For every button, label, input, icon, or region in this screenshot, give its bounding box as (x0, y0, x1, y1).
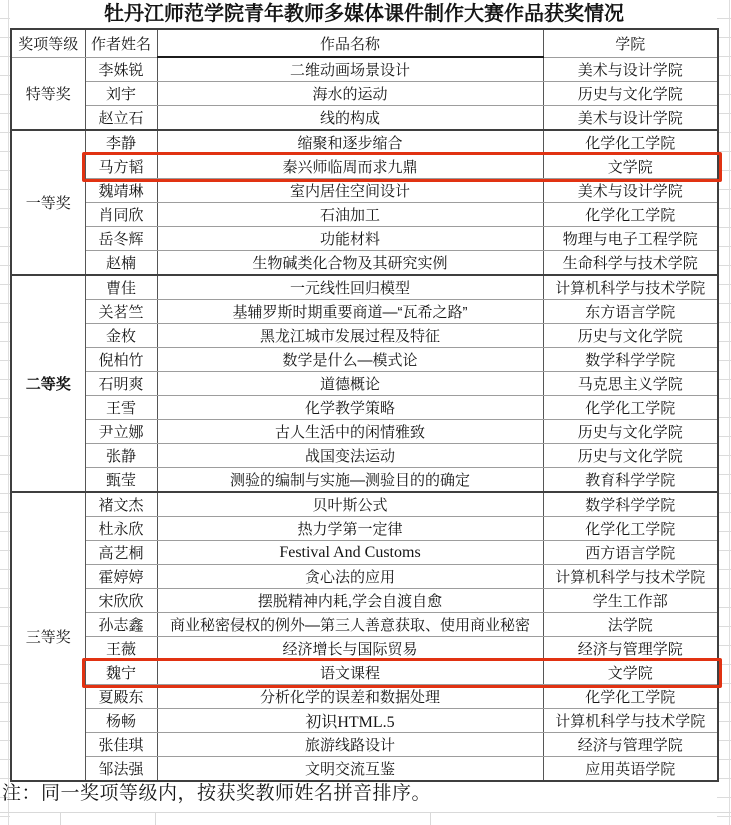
college-cell: 化学化工学院 (543, 517, 718, 541)
awards-table-body: 特等奖李姝锐二维动画场景设计美术与设计学院刘宇海水的运动历史与文化学院赵立石线的… (11, 57, 718, 781)
college-cell: 美术与设计学院 (543, 179, 718, 203)
work-cell: 石油加工 (157, 203, 543, 227)
column-header-award-level: 奖项等级 (11, 29, 85, 57)
column-header-work: 作品名称 (157, 29, 543, 57)
table-row: 一等奖李静缩聚和逐步缩合化学化工学院 (11, 130, 718, 155)
author-cell: 岳冬辉 (85, 227, 157, 251)
college-cell: 物理与电子工程学院 (543, 227, 718, 251)
college-cell: 生命科学与技术学院 (543, 251, 718, 276)
work-cell: 化学教学策略 (157, 396, 543, 420)
college-cell: 历史与文化学院 (543, 444, 718, 468)
work-cell: 古人生活中的闲情雅致 (157, 420, 543, 444)
college-cell: 计算机科学与技术学院 (543, 275, 718, 300)
college-cell: 应用英语学院 (543, 757, 718, 782)
college-cell: 教育科学学院 (543, 468, 718, 493)
college-cell: 美术与设计学院 (543, 106, 718, 131)
table-row: 石明爽道德概论马克思主义学院 (11, 372, 718, 396)
work-cell: 分析化学的误差和数据处理 (157, 685, 543, 709)
sheet-gridline-stub (60, 812, 61, 825)
author-cell: 石明爽 (85, 372, 157, 396)
college-cell: 历史与文化学院 (543, 420, 718, 444)
work-cell: 文明交流互鉴 (157, 757, 543, 782)
college-cell: 经济与管理学院 (543, 733, 718, 757)
work-cell: 功能材料 (157, 227, 543, 251)
author-cell: 魏靖琳 (85, 179, 157, 203)
work-cell: 一元线性回归模型 (157, 275, 543, 300)
table-row: 肖同欣石油加工化学化工学院 (11, 203, 718, 227)
table-row: 二等奖曹佳一元线性回归模型计算机科学与技术学院 (11, 275, 718, 300)
author-cell: 肖同欣 (85, 203, 157, 227)
author-cell: 孙志鑫 (85, 613, 157, 637)
table-row: 高艺桐Festival And Customs西方语言学院 (11, 541, 718, 565)
author-cell: 高艺桐 (85, 541, 157, 565)
work-cell: 室内居住空间设计 (157, 179, 543, 203)
table-row: 王雪化学教学策略化学化工学院 (11, 396, 718, 420)
author-cell: 张静 (85, 444, 157, 468)
work-cell: 摆脱精神内耗,学会自渡自愈 (157, 589, 543, 613)
work-cell: 生物碱类化合物及其研究实例 (157, 251, 543, 276)
college-cell: 历史与文化学院 (543, 82, 718, 106)
work-cell: 数学是什么—模式论 (157, 348, 543, 372)
author-cell: 倪柏竹 (85, 348, 157, 372)
college-cell: 西方语言学院 (543, 541, 718, 565)
author-cell: 王雪 (85, 396, 157, 420)
work-cell: 旅游线路设计 (157, 733, 543, 757)
table-row: 邹法强文明交流互鉴应用英语学院 (11, 757, 718, 782)
work-cell: 战国变法运动 (157, 444, 543, 468)
table-row: 赵立石线的构成美术与设计学院 (11, 106, 718, 131)
table-row: 孙志鑫商业秘密侵权的例外—第三人善意获取、使用商业秘密法学院 (11, 613, 718, 637)
table-row: 关茗竺基辅罗斯时期重要商道—“瓦希之路”东方语言学院 (11, 300, 718, 324)
table-row: 杜永欣热力学第一定律化学化工学院 (11, 517, 718, 541)
author-cell: 马方韬 (85, 155, 157, 179)
work-cell: 秦兴师临周而求九鼎 (157, 155, 543, 179)
table-row: 金枚黑龙江城市发展过程及特征历史与文化学院 (11, 324, 718, 348)
author-cell: 李姝锐 (85, 57, 157, 82)
work-cell: 经济增长与国际贸易 (157, 637, 543, 661)
sheet-gridline-vertical-right (729, 0, 730, 825)
work-cell: 语文课程 (157, 661, 543, 685)
college-cell: 美术与设计学院 (543, 57, 718, 82)
work-cell: 线的构成 (157, 106, 543, 131)
college-cell: 计算机科学与技术学院 (543, 565, 718, 589)
table-row: 魏宁语文课程文学院 (11, 661, 718, 685)
college-cell: 化学化工学院 (543, 685, 718, 709)
table-row: 张静战国变法运动历史与文化学院 (11, 444, 718, 468)
table-row: 倪柏竹数学是什么—模式论数学科学学院 (11, 348, 718, 372)
awards-table: 奖项等级 作者姓名 作品名称 学院 特等奖李姝锐二维动画场景设计美术与设计学院刘… (10, 28, 719, 782)
college-cell: 计算机科学与技术学院 (543, 709, 718, 733)
college-cell: 文学院 (543, 661, 718, 685)
work-cell: 热力学第一定律 (157, 517, 543, 541)
author-cell: 霍婷婷 (85, 565, 157, 589)
author-cell: 金枚 (85, 324, 157, 348)
work-cell: 基辅罗斯时期重要商道—“瓦希之路” (157, 300, 543, 324)
sheet-gridline-stub (430, 812, 431, 825)
page-title: 牡丹江师范学院青年教师多媒体课件制作大赛作品获奖情况 (10, 1, 718, 28)
table-row: 夏殿东分析化学的误差和数据处理化学化工学院 (11, 685, 718, 709)
work-cell: 道德概论 (157, 372, 543, 396)
college-cell: 历史与文化学院 (543, 324, 718, 348)
award-level-cell: 一等奖 (11, 130, 85, 275)
award-level-cell: 二等奖 (11, 275, 85, 492)
college-cell: 马克思主义学院 (543, 372, 718, 396)
author-cell: 夏殿东 (85, 685, 157, 709)
author-cell: 杜永欣 (85, 517, 157, 541)
work-cell: 贝叶斯公式 (157, 492, 543, 517)
author-cell: 尹立娜 (85, 420, 157, 444)
column-header-college: 学院 (543, 29, 718, 57)
work-cell: 初识HTML.5 (157, 709, 543, 733)
college-cell: 化学化工学院 (543, 130, 718, 155)
awards-table-grid: 奖项等级 作者姓名 作品名称 学院 特等奖李姝锐二维动画场景设计美术与设计学院刘… (10, 28, 719, 782)
spreadsheet-page: { "title": "牡丹江师范学院青年教师多媒体课件制作大赛作品获奖情况",… (0, 0, 731, 825)
college-cell: 学生工作部 (543, 589, 718, 613)
header-row: 奖项等级 作者姓名 作品名称 学院 (11, 29, 718, 57)
college-cell: 经济与管理学院 (543, 637, 718, 661)
author-cell: 宋欣欣 (85, 589, 157, 613)
author-cell: 赵立石 (85, 106, 157, 131)
college-cell: 化学化工学院 (543, 396, 718, 420)
work-cell: Festival And Customs (157, 541, 543, 565)
college-cell: 数学科学学院 (543, 492, 718, 517)
table-row: 三等奖褚文杰贝叶斯公式数学科学学院 (11, 492, 718, 517)
award-level-cell: 三等奖 (11, 492, 85, 781)
sheet-gridline-stub (155, 812, 156, 825)
author-cell: 魏宁 (85, 661, 157, 685)
table-row: 特等奖李姝锐二维动画场景设计美术与设计学院 (11, 57, 718, 82)
college-cell: 化学化工学院 (543, 203, 718, 227)
table-row: 魏靖琳室内居住空间设计美术与设计学院 (11, 179, 718, 203)
author-cell: 褚文杰 (85, 492, 157, 517)
table-row: 霍婷婷贪心法的应用计算机科学与技术学院 (11, 565, 718, 589)
author-cell: 张佳琪 (85, 733, 157, 757)
work-cell: 缩聚和逐步缩合 (157, 130, 543, 155)
table-row: 岳冬辉功能材料物理与电子工程学院 (11, 227, 718, 251)
author-cell: 曹佳 (85, 275, 157, 300)
table-row: 张佳琪旅游线路设计经济与管理学院 (11, 733, 718, 757)
work-cell: 二维动画场景设计 (157, 57, 543, 82)
work-cell: 海水的运动 (157, 82, 543, 106)
author-cell: 邹法强 (85, 757, 157, 782)
work-cell: 黑龙江城市发展过程及特征 (157, 324, 543, 348)
sheet-gridline-bottom (0, 812, 731, 813)
college-cell: 文学院 (543, 155, 718, 179)
table-row: 尹立娜古人生活中的闲情雅致历史与文化学院 (11, 420, 718, 444)
college-cell: 法学院 (543, 613, 718, 637)
table-row: 赵楠生物碱类化合物及其研究实例生命科学与技术学院 (11, 251, 718, 276)
college-cell: 数学科学学院 (543, 348, 718, 372)
college-cell: 东方语言学院 (543, 300, 718, 324)
table-row: 刘宇海水的运动历史与文化学院 (11, 82, 718, 106)
table-row: 宋欣欣摆脱精神内耗,学会自渡自愈学生工作部 (11, 589, 718, 613)
work-cell: 贪心法的应用 (157, 565, 543, 589)
award-level-cell: 特等奖 (11, 57, 85, 130)
author-cell: 关茗竺 (85, 300, 157, 324)
work-cell: 测验的编制与实施—测验目的的确定 (157, 468, 543, 493)
table-row: 王薇经济增长与国际贸易经济与管理学院 (11, 637, 718, 661)
table-row: 杨畅初识HTML.5计算机科学与技术学院 (11, 709, 718, 733)
author-cell: 赵楠 (85, 251, 157, 276)
footer-note: 注：同一奖项等级内，按获奖教师姓名拼音排序。 (2, 781, 722, 807)
author-cell: 李静 (85, 130, 157, 155)
author-cell: 王薇 (85, 637, 157, 661)
table-row: 甄莹测验的编制与实施—测验目的的确定教育科学学院 (11, 468, 718, 493)
table-row: 马方韬秦兴师临周而求九鼎文学院 (11, 155, 718, 179)
author-cell: 甄莹 (85, 468, 157, 493)
sheet-gridline-vertical-left (8, 0, 9, 825)
work-cell: 商业秘密侵权的例外—第三人善意获取、使用商业秘密 (157, 613, 543, 637)
author-cell: 杨畅 (85, 709, 157, 733)
column-header-author: 作者姓名 (85, 29, 157, 57)
author-cell: 刘宇 (85, 82, 157, 106)
